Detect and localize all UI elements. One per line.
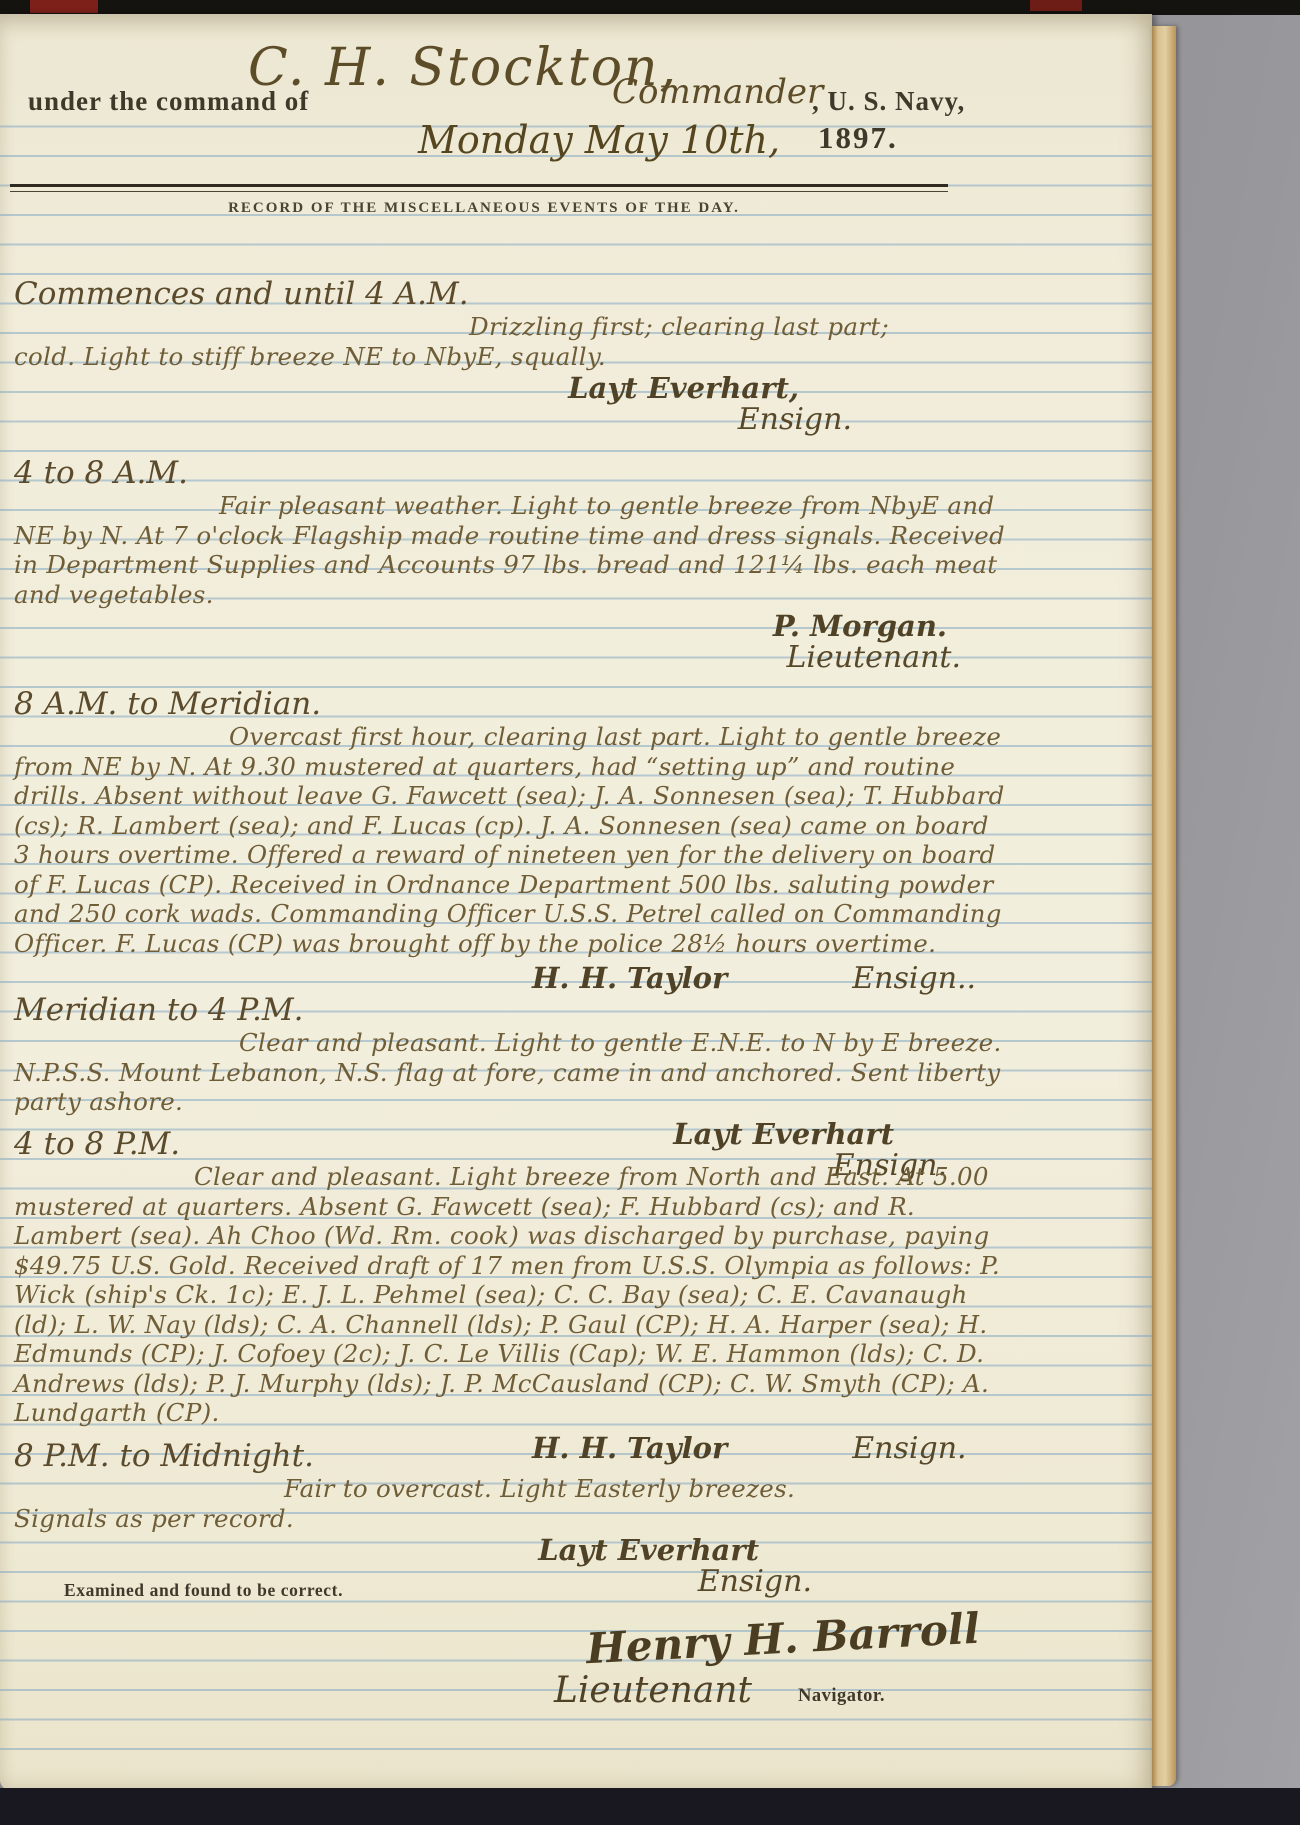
signature-name: Layt Everhart <box>14 1535 874 1566</box>
entry-text: Overcast first hour, clearing last part.… <box>14 722 1009 958</box>
book-page-edges <box>1152 26 1176 1786</box>
log-entry-8am-meridian: 8 A.M. to Meridian. Overcast first hour,… <box>14 686 1009 996</box>
year-label: 1897. <box>818 120 898 156</box>
entry-heading: Commences and until 4 A.M. <box>14 276 914 312</box>
binding-red-patch-left <box>30 0 98 13</box>
examined-label: Examined and found to be correct. <box>64 1580 343 1601</box>
binding-red-patch-right <box>1030 0 1082 11</box>
entry-text: Clear and pleasant. Light to gentle E.N.… <box>14 1028 1009 1117</box>
record-title: RECORD OF THE MISCELLANEOUS EVENTS OF TH… <box>0 200 968 217</box>
entry-heading: 8 P.M. to Midnight. <box>14 1438 874 1474</box>
navigator-signature-block: Henry H. Barroll Lieutenant Navigator. <box>520 1614 1080 1754</box>
signature-rank: Lieutenant. <box>14 642 1009 674</box>
bottom-table-strip <box>0 1788 1300 1825</box>
log-entry-8pm-midnight: 8 P.M. to Midnight. Fair to overcast. Li… <box>14 1438 874 1598</box>
entry-heading: 8 A.M. to Meridian. <box>14 686 1009 722</box>
log-entry-4to8pm: 4 to 8 P.M. Clear and pleasant. Light br… <box>14 1126 1009 1466</box>
navigator-signature: Henry H. Barroll <box>585 1604 981 1674</box>
navy-label: , U. S. Navy, <box>812 86 965 117</box>
signature-name: Layt Everhart, <box>14 373 914 404</box>
navigator-rank: Lieutenant <box>554 1670 752 1711</box>
logbook-photo: under the command of C. H. Stockton, Com… <box>0 0 1300 1825</box>
header-divider-rule <box>10 184 948 192</box>
log-entry-4to8am: 4 to 8 A.M. Fair pleasant weather. Light… <box>14 455 1009 674</box>
entry-heading: 4 to 8 P.M. <box>14 1126 1009 1162</box>
entry-text: Fair pleasant weather. Light to gentle b… <box>14 491 1009 609</box>
entry-heading: Meridian to 4 P.M. <box>14 992 1009 1028</box>
entry-heading: 4 to 8 A.M. <box>14 455 1009 491</box>
entry-signature-block: H. H. Taylor Ensign.. <box>14 961 1009 996</box>
entry-signature-block: Layt Everhart, Ensign. <box>14 373 914 436</box>
commander-rank: Commander <box>612 72 823 112</box>
signature-name: H. H. Taylor <box>532 961 727 996</box>
date-handwritten: Monday May 10th, <box>418 118 780 162</box>
entry-text: Clear and pleasant. Light breeze from No… <box>14 1162 1009 1428</box>
signature-rank: Ensign. <box>14 404 914 436</box>
log-entry-commences: Commences and until 4 A.M. Drizzling fir… <box>14 276 914 436</box>
top-binding-strip <box>0 0 1300 15</box>
log-page: under the command of C. H. Stockton, Com… <box>0 14 1152 1790</box>
entry-signature-block: P. Morgan. Lieutenant. <box>14 611 1009 674</box>
entry-text: Fair to overcast. Light Easterly breezes… <box>14 1474 874 1533</box>
signature-rank: Ensign.. <box>852 961 976 996</box>
navigator-label: Navigator. <box>798 1686 885 1707</box>
signature-name: P. Morgan. <box>14 611 1009 642</box>
entry-text: Drizzling first; clearing last part; col… <box>14 312 914 371</box>
